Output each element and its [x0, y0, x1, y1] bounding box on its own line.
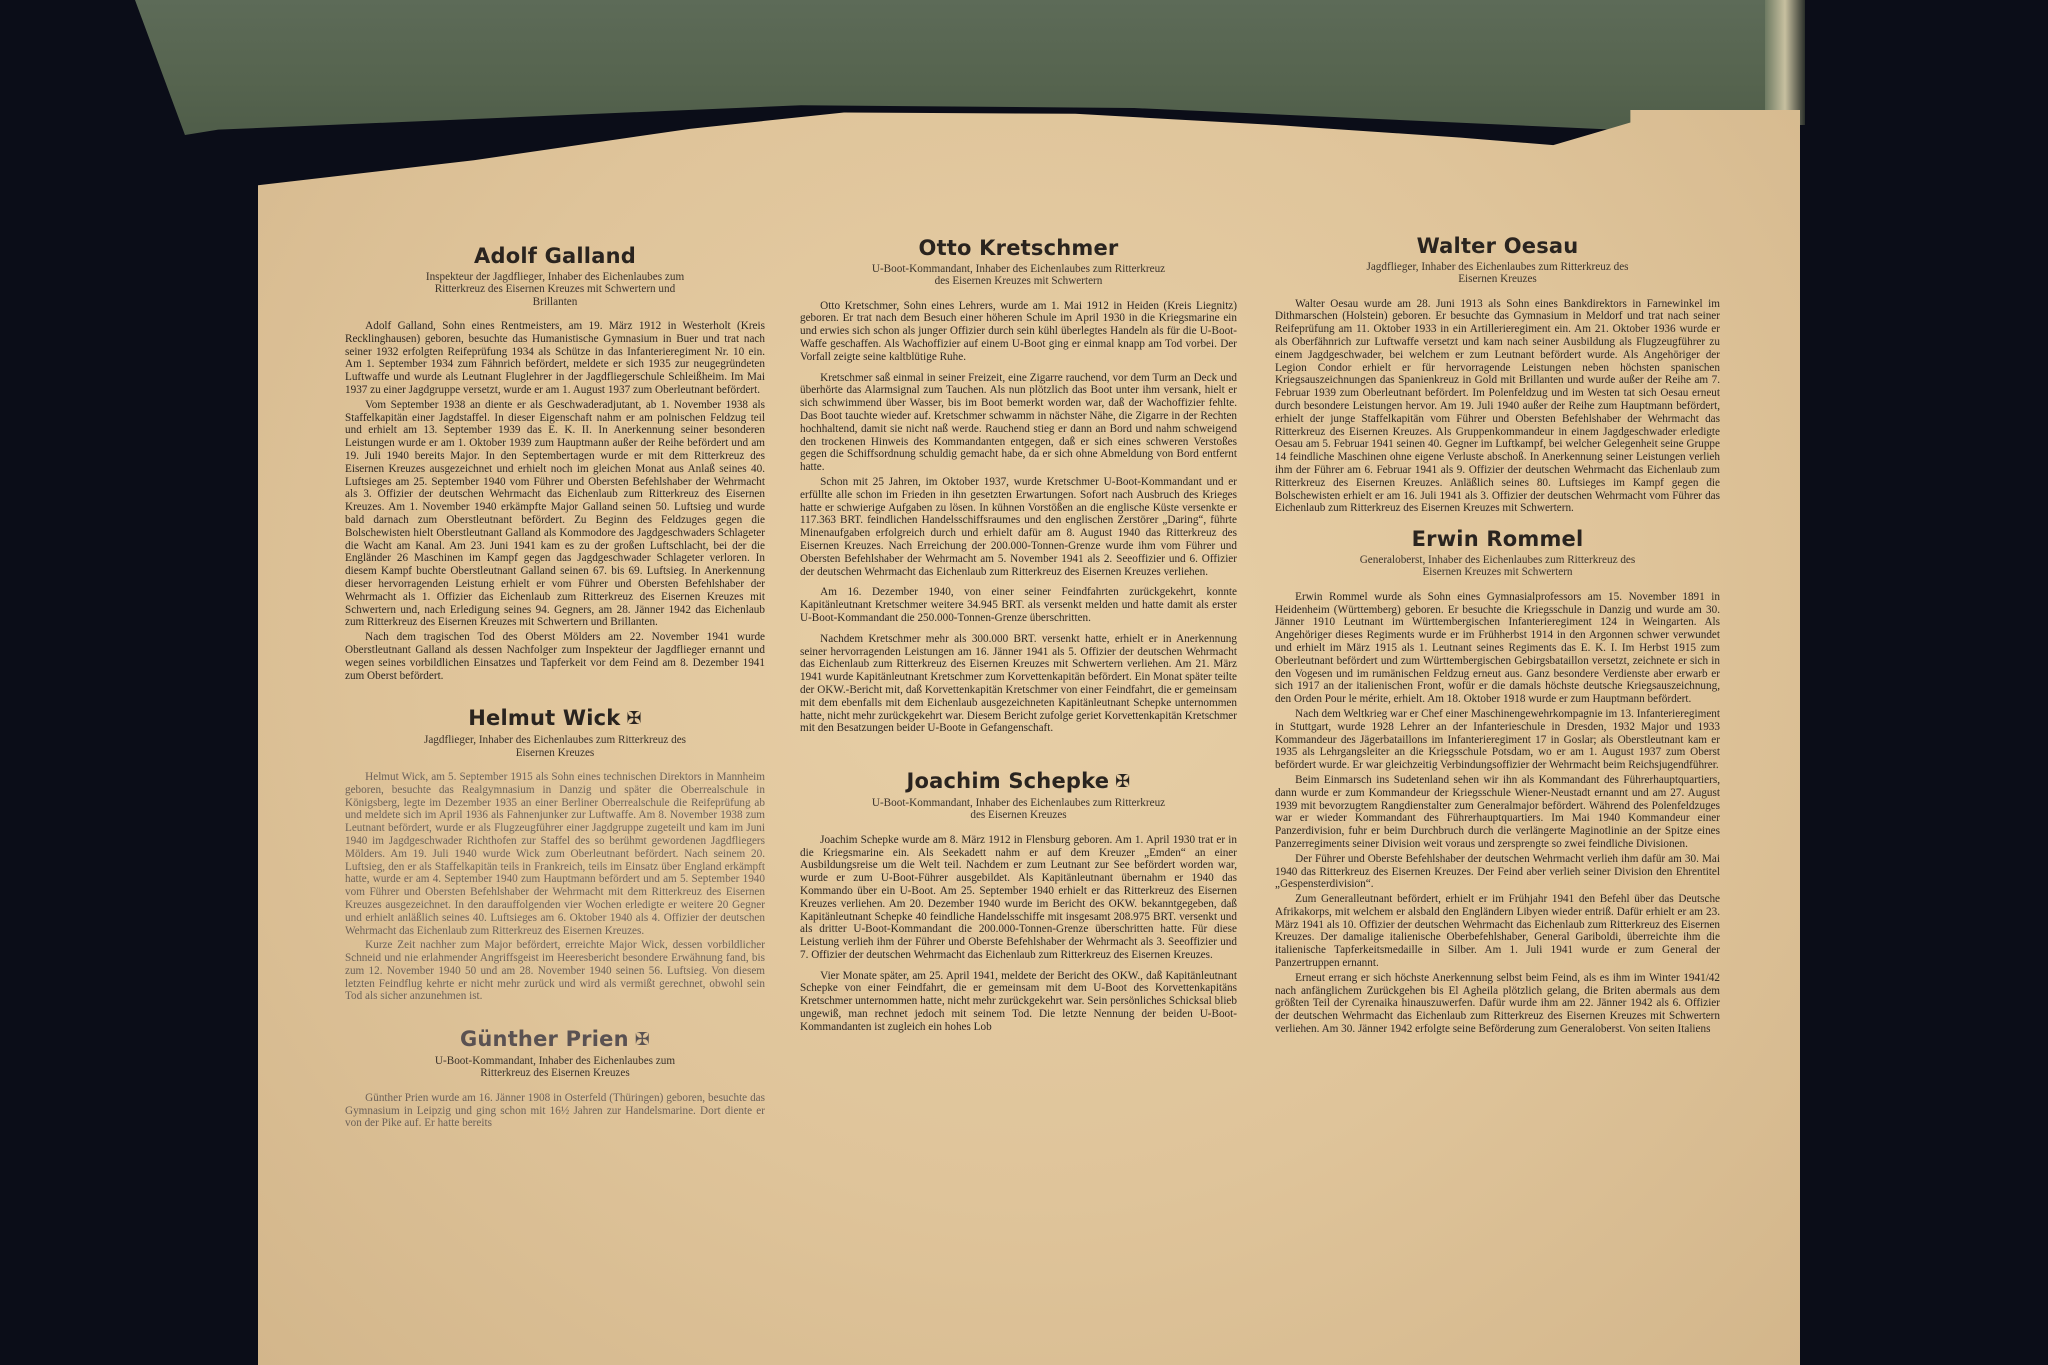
bio-joachim-schepke: Joachim Schepke✠ U-Boot-Kommandant, Inha…	[800, 775, 1237, 1034]
bio-subtitle: U-Boot-Kommandant, Inhaber des Eichenlau…	[412, 1055, 698, 1080]
bio-paragraph: Der Führer und Oberste Befehlshaber der …	[1275, 853, 1720, 891]
bio-paragraph: Am 16. Dezember 1940, von einer seiner F…	[800, 586, 1237, 624]
bio-paragraph: Kurze Zeit nachher zum Major befördert, …	[345, 939, 765, 1003]
bio-walter-oesau: Walter Oesau Jagdflieger, Inhaber des Ei…	[1275, 240, 1720, 515]
column-left: Adolf Galland Inspekteur der Jagdflieger…	[345, 250, 765, 1130]
iron-cross-icon: ✠	[626, 708, 641, 729]
bio-guenther-prien: Günther Prien✠ U-Boot-Kommandant, Inhabe…	[345, 1033, 765, 1130]
bio-name: Joachim Schepke✠	[800, 775, 1237, 789]
bio-subtitle: Jagdflieger, Inhaber des Eichenlaubes zu…	[412, 734, 698, 759]
bio-paragraph: Kretschmer saß einmal in seiner Freizeit…	[800, 372, 1237, 474]
bio-paragraph: Vom September 1938 an diente er als Gesc…	[345, 399, 765, 629]
bio-paragraph: Adolf Galland, Sohn eines Rentmeisters, …	[345, 320, 765, 397]
bio-helmut-wick: Helmut Wick✠ Jagdflieger, Inhaber des Ei…	[345, 712, 765, 1003]
bio-adolf-galland: Adolf Galland Inspekteur der Jagdflieger…	[345, 250, 765, 682]
bio-name: Otto Kretschmer	[800, 242, 1237, 255]
bio-subtitle: Generaloberst, Inhaber des Eichenlaubes …	[1346, 554, 1649, 579]
bio-subtitle: Jagdflieger, Inhaber des Eichenlaubes zu…	[1346, 261, 1649, 286]
bio-name: Günther Prien✠	[345, 1033, 765, 1047]
bio-name: Helmut Wick✠	[345, 712, 765, 726]
bio-erwin-rommel: Erwin Rommel Generaloberst, Inhaber des …	[1275, 533, 1720, 1036]
bio-paragraph: Nach dem tragischen Tod des Oberst Mölde…	[345, 631, 765, 682]
bio-name: Walter Oesau	[1275, 240, 1720, 253]
bio-paragraph: Helmut Wick, am 5. September 1915 als So…	[345, 771, 765, 937]
bio-paragraph: Nach dem Weltkrieg war er Chef einer Mas…	[1275, 708, 1720, 772]
bio-paragraph: Erneut errang er sich höchste Anerkennun…	[1275, 972, 1720, 1036]
bio-paragraph: Beim Einmarsch ins Sudetenland sehen wir…	[1275, 774, 1720, 851]
bio-paragraph: Vier Monate später, am 25. April 1941, m…	[800, 970, 1237, 1034]
bio-paragraph: Joachim Schepke wurde am 8. März 1912 in…	[800, 834, 1237, 962]
bio-paragraph: Schon mit 25 Jahren, im Oktober 1937, wu…	[800, 476, 1237, 578]
bio-paragraph: Walter Oesau wurde am 28. Juni 1913 als …	[1275, 298, 1720, 516]
bio-paragraph: Otto Kretschmer, Sohn eines Lehrers, wur…	[800, 300, 1237, 364]
iron-cross-icon: ✠	[635, 1029, 650, 1050]
cover-edge	[1765, 0, 1805, 125]
bio-otto-kretschmer: Otto Kretschmer U-Boot-Kommandant, Inhab…	[800, 242, 1237, 735]
bio-name: Adolf Galland	[345, 250, 765, 263]
bio-paragraph: Nachdem Kretschmer mehr als 300.000 BRT.…	[800, 633, 1237, 735]
bio-subtitle: U-Boot-Kommandant, Inhaber des Eichenlau…	[870, 263, 1167, 288]
bio-paragraph: Erwin Rommel wurde als Sohn eines Gymnas…	[1275, 591, 1720, 706]
bio-subtitle: U-Boot-Kommandant, Inhaber des Eichenlau…	[870, 797, 1167, 822]
bio-subtitle: Inspekteur der Jagdflieger, Inhaber des …	[412, 271, 698, 308]
column-right: Walter Oesau Jagdflieger, Inhaber des Ei…	[1275, 240, 1720, 1036]
iron-cross-icon: ✠	[1115, 771, 1130, 792]
bio-paragraph: Zum Generalleutnant befördert, erhielt e…	[1275, 893, 1720, 970]
bio-name: Erwin Rommel	[1275, 533, 1720, 546]
column-middle: Otto Kretschmer U-Boot-Kommandant, Inhab…	[800, 242, 1237, 1034]
bio-paragraph: Günther Prien wurde am 16. Jänner 1908 i…	[345, 1092, 765, 1130]
